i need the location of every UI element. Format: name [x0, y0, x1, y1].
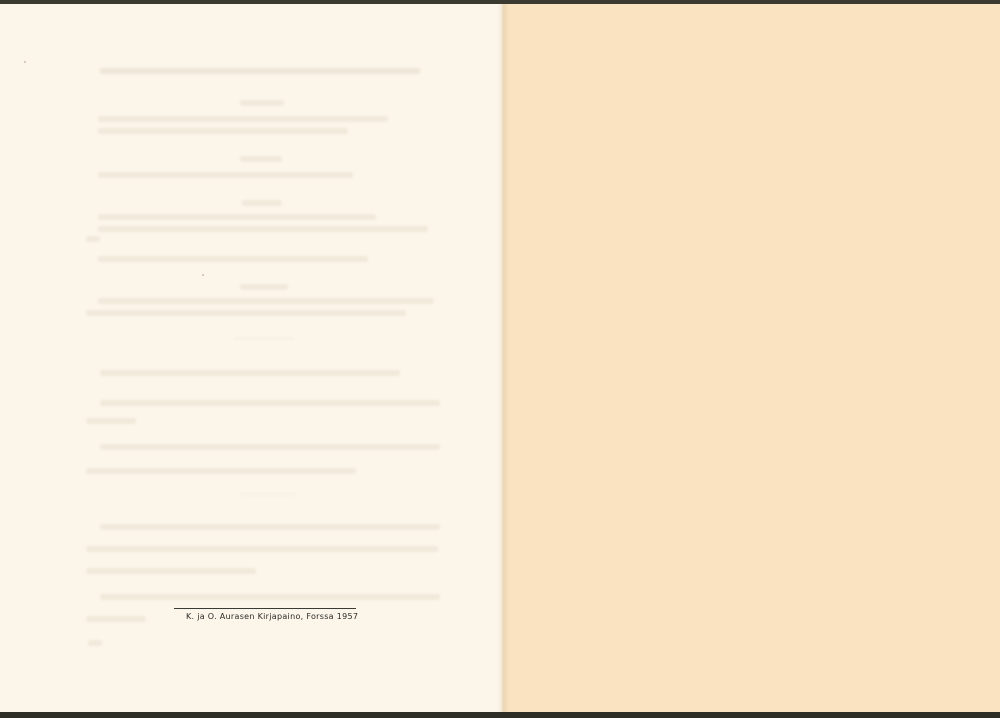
show-through-line [100, 370, 400, 376]
show-through-line [86, 236, 100, 242]
show-through-line [86, 418, 136, 424]
show-through-line [98, 172, 353, 178]
show-through-line [98, 298, 434, 304]
show-through-line [240, 284, 288, 290]
show-through-line [86, 310, 406, 316]
show-through-line [100, 524, 440, 530]
show-through-line [98, 214, 376, 220]
show-through-line [100, 400, 440, 406]
show-through-line [100, 444, 440, 450]
left-page: K. ja O. Aurasen Kirjapaino, Forssa 1957 [0, 4, 497, 712]
show-through-line [240, 100, 284, 106]
right-page [509, 4, 1000, 712]
show-through-page-number [88, 640, 102, 646]
show-through-line [240, 156, 282, 162]
show-through-line [86, 616, 146, 622]
paper-speck [24, 61, 26, 63]
show-through-line [100, 594, 440, 600]
show-through-line [98, 128, 348, 134]
show-through-line [86, 468, 356, 474]
show-through-line [98, 116, 388, 122]
show-through-rule [234, 338, 294, 339]
show-through-heading [100, 68, 420, 74]
show-through-rule [240, 494, 296, 495]
show-through-line [86, 546, 438, 552]
show-through-line [86, 568, 256, 574]
paper-speck [202, 274, 204, 276]
show-through-line [98, 226, 428, 232]
imprint-rule [174, 608, 356, 609]
printer-imprint: K. ja O. Aurasen Kirjapaino, Forssa 1957 [186, 612, 358, 621]
show-through-line [98, 256, 368, 262]
scan-bottom-edge [0, 712, 1000, 718]
book-gutter [497, 4, 509, 712]
show-through-line [242, 200, 282, 206]
